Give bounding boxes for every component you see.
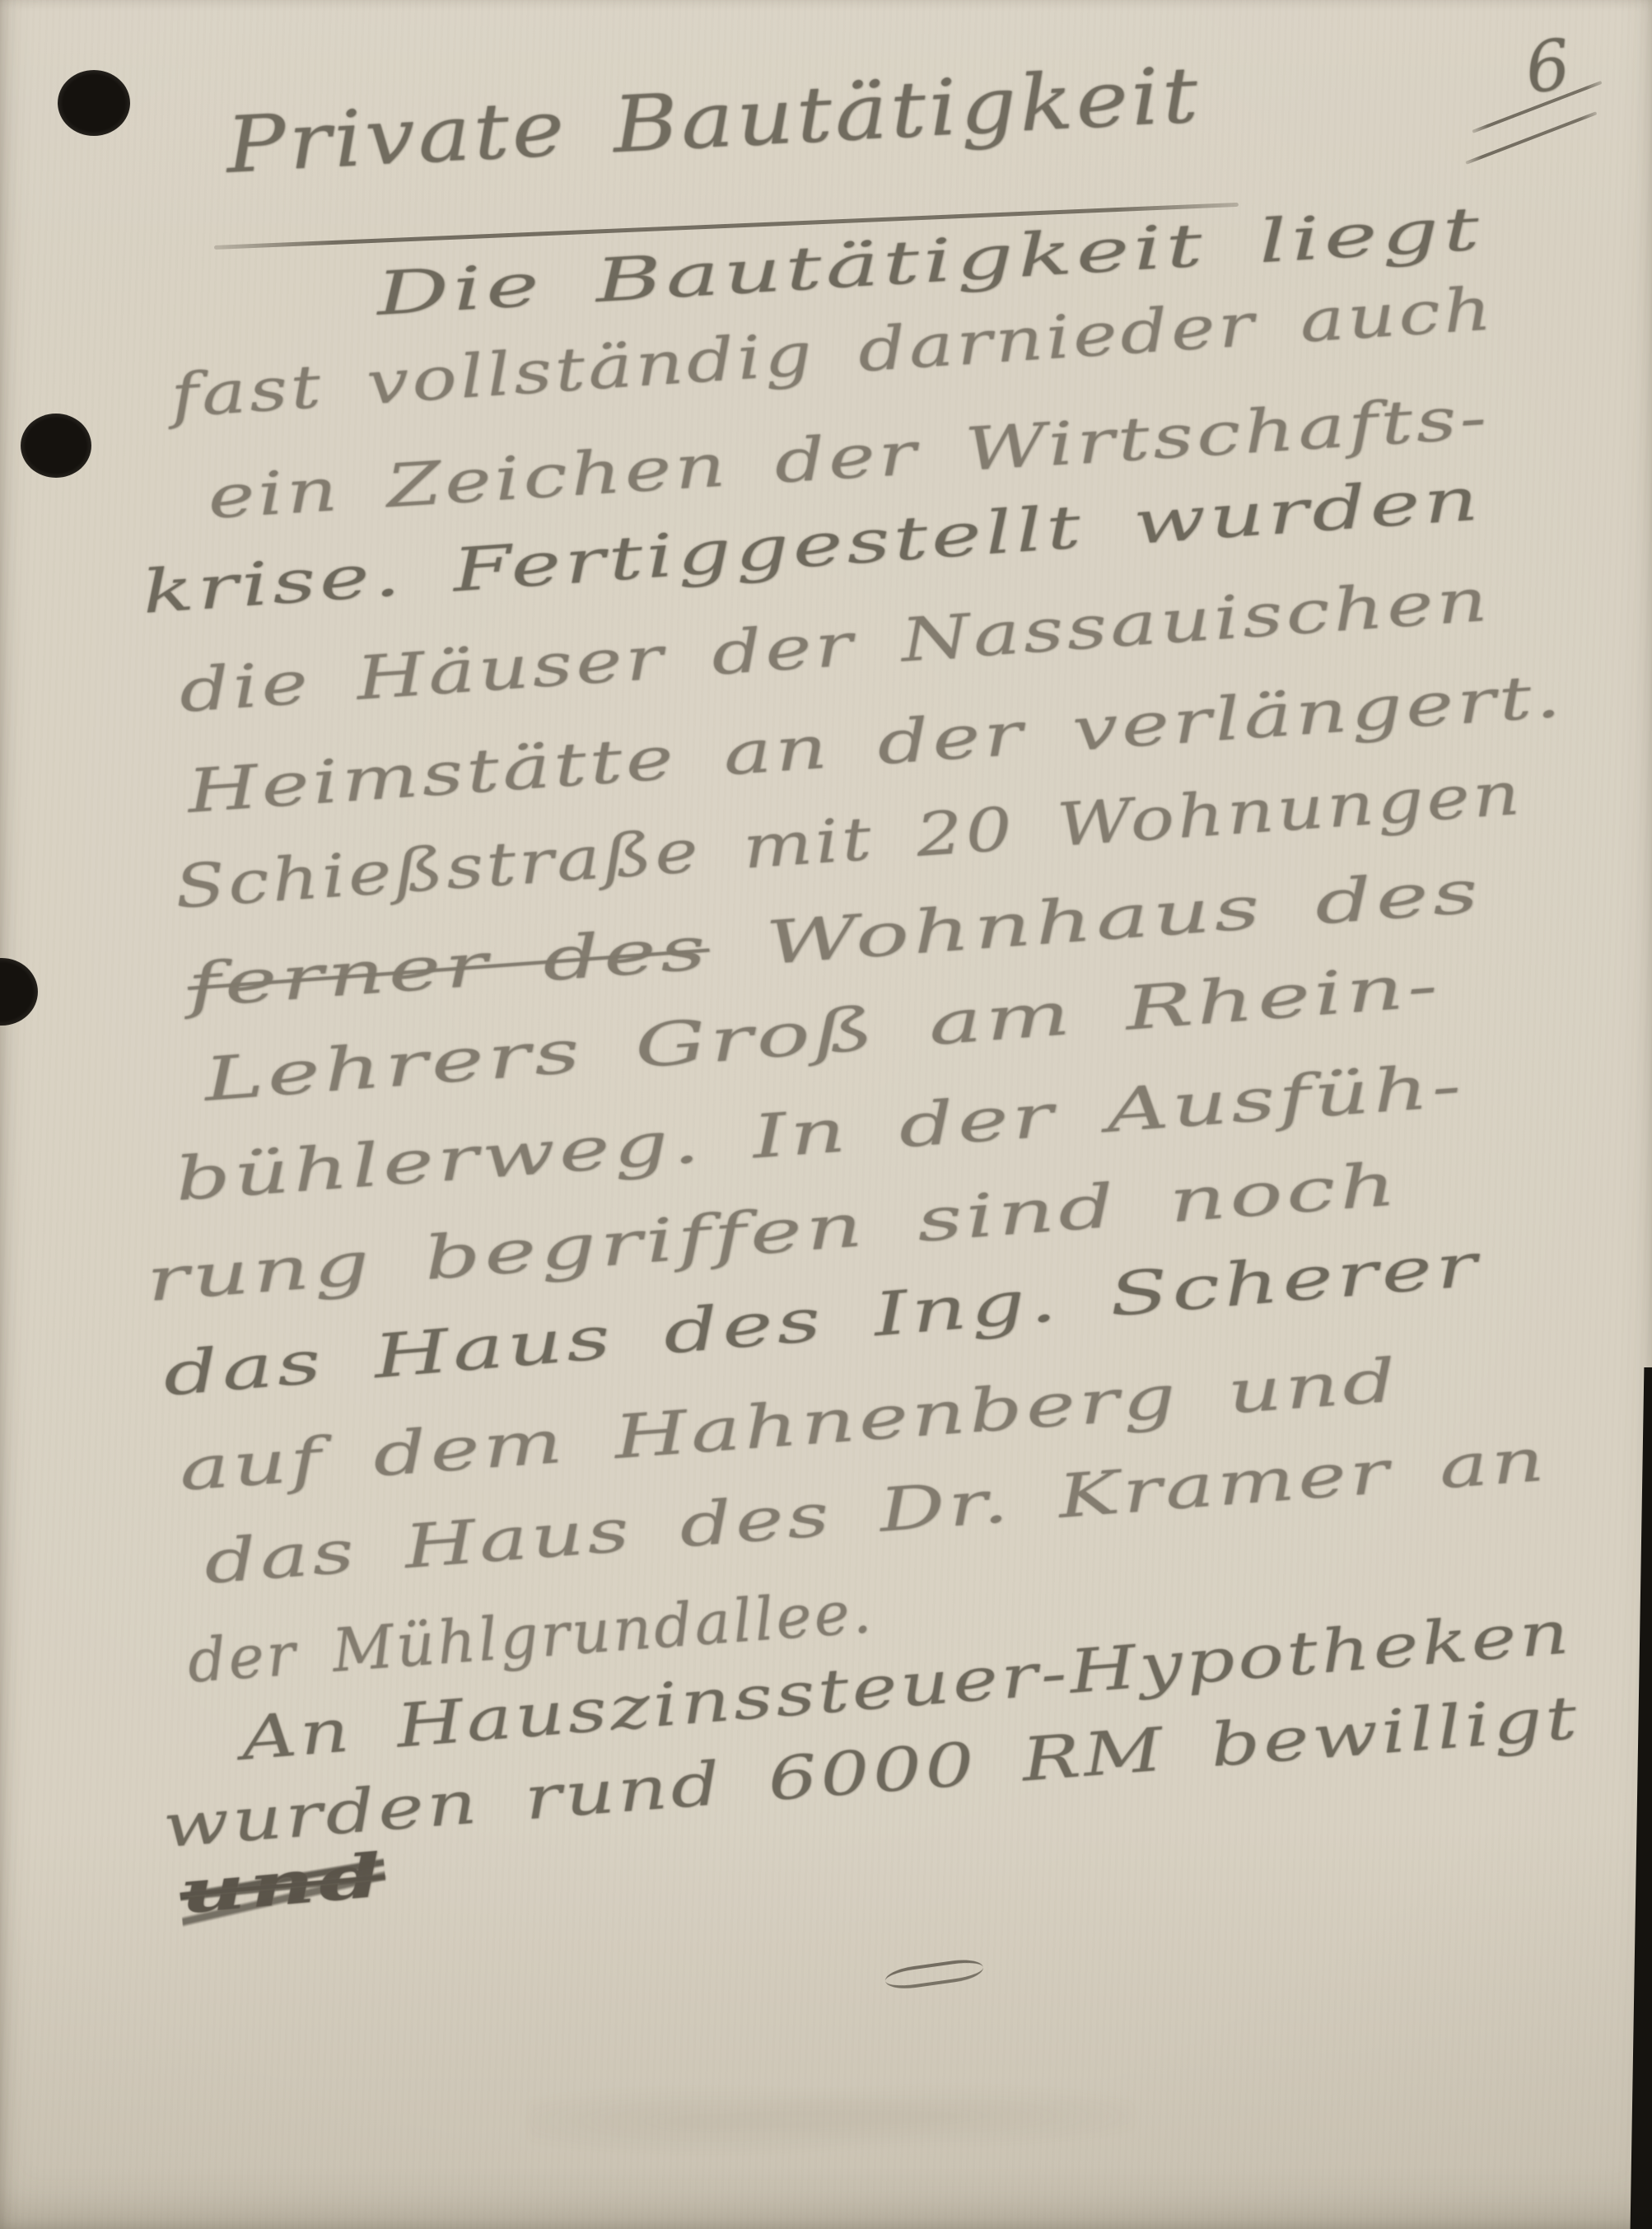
hole-punch (58, 70, 130, 136)
handwritten-line: und (177, 1842, 388, 1926)
document-title: Private Bautätigkeit (224, 53, 1202, 189)
scanner-edge-shadow (1627, 1367, 1652, 2229)
double-underline-mark (884, 1956, 984, 1991)
hole-punch (21, 414, 91, 478)
scanned-document-page: 6 // Private Bautätigkeit Die Bautätigke… (0, 0, 1652, 2229)
ink-bleedthrough (527, 2068, 1136, 2175)
hole-punch (0, 958, 38, 1026)
struck-out-words: ferner des (185, 914, 712, 1021)
